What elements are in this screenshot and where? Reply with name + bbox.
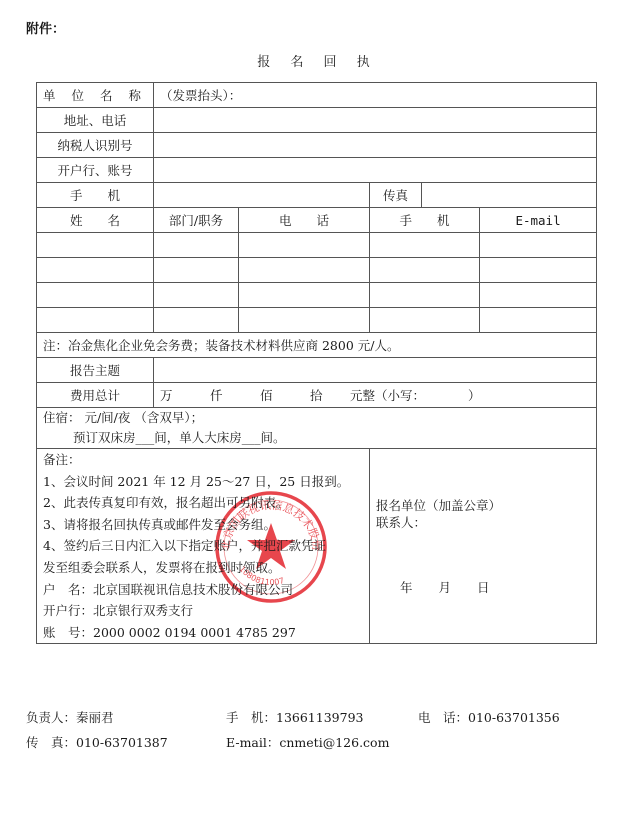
remark-item: 2、此表传真复印有效，报名超出可另附表。 — [43, 492, 363, 514]
attendee-mobile[interactable] — [370, 283, 480, 308]
fee-unit-shi: 拾 — [310, 386, 350, 404]
date-day: 日 — [477, 579, 490, 596]
col-mobile: 手 机 — [370, 208, 480, 233]
remarks-title: 备注： — [43, 449, 363, 471]
taxpayer-id-label: 纳税人识别号 — [37, 133, 154, 158]
remark-item: 发至组委会联系人，发票将在报到时领取。 — [43, 557, 363, 579]
attendee-row — [37, 283, 597, 308]
attendee-row — [37, 308, 597, 333]
bank-account-label: 开户行、账号 — [37, 158, 154, 183]
remark-item: 3、请将报名回执传真或邮件发至会务组。 — [43, 514, 363, 536]
bank-name: 开户行：北京银行双秀支行 — [43, 600, 363, 622]
date-year: 年 — [400, 579, 413, 596]
attendee-phone[interactable] — [239, 308, 370, 333]
attendee-department[interactable] — [154, 283, 239, 308]
contact-phone: 电 话：010-63701356 — [418, 708, 560, 726]
report-topic-label: 报告主题 — [37, 358, 154, 383]
fee-unit-qian: 仟 — [210, 386, 260, 404]
contact-fax: 传 真：010-63701387 — [26, 733, 168, 751]
attendee-department[interactable] — [154, 233, 239, 258]
bank-account-field[interactable] — [154, 158, 597, 183]
attendee-email[interactable] — [480, 308, 597, 333]
fee-unit-wan: 万 — [160, 386, 210, 404]
attendee-row — [37, 258, 597, 283]
page-title: 报 名 回 执 — [0, 51, 635, 70]
attendee-name[interactable] — [37, 283, 154, 308]
attendee-department[interactable] — [154, 308, 239, 333]
attachment-label: 附件： — [26, 18, 65, 37]
contact-email[interactable]: E-mail：cnmeti@126.com — [226, 733, 389, 751]
attendee-mobile[interactable] — [370, 308, 480, 333]
attendee-email[interactable] — [480, 258, 597, 283]
lodging-section[interactable]: 住宿： 元/间/夜 （含双早）； 预订双床房___间，单人大床房___间。 — [37, 408, 597, 449]
attendee-name[interactable] — [37, 233, 154, 258]
attendee-phone[interactable] — [239, 283, 370, 308]
mobile-label: 手 机 — [37, 183, 154, 208]
company-name-label: 单 位 名 称 — [37, 83, 154, 108]
signature-section[interactable]: 报名单位（加盖公章） 联系人： 年月日 — [370, 449, 597, 644]
col-email: E-mail — [480, 208, 597, 233]
attendee-email[interactable] — [480, 283, 597, 308]
attendee-mobile[interactable] — [370, 233, 480, 258]
date-month: 月 — [439, 579, 452, 596]
attendee-phone[interactable] — [239, 258, 370, 283]
lodging-rooms: 预订双床房___间，单人大床房___间。 — [43, 428, 590, 448]
report-topic-field[interactable] — [154, 358, 597, 383]
attendee-name[interactable] — [37, 258, 154, 283]
account-number: 账 号：2000 0002 0194 0001 4785 297 — [43, 622, 363, 644]
attendee-phone[interactable] — [239, 233, 370, 258]
signature-date: 年月日 — [376, 579, 590, 596]
remarks-section: 北京国联视讯信息技术股份有限公司 1080811007 备注： 1、会议时间 2… — [37, 449, 370, 644]
remark-item: 1、会议时间 2021 年 12 月 25～27 日，25 日报到。 — [43, 471, 363, 493]
fee-unit-bai: 佰 — [260, 386, 310, 404]
address-phone-label: 地址、电话 — [37, 108, 154, 133]
contact-mobile: 手 机：13661139793 — [226, 708, 363, 726]
fee-note: 注：冶金焦化企业免会务费；装备技术材料供应商 2800 元/人。 — [37, 333, 597, 358]
col-phone: 电 话 — [239, 208, 370, 233]
lodging-price: 住宿： 元/间/夜 （含双早）； — [43, 408, 590, 428]
col-name: 姓 名 — [37, 208, 154, 233]
fee-unit-yuan: 元整（小写： — [350, 386, 468, 404]
company-name-field[interactable]: （发票抬头）： — [154, 83, 597, 108]
account-name: 户 名：北京国联视讯信息技术股份有限公司 — [43, 579, 363, 601]
fee-unit-close: ） — [468, 386, 481, 404]
fax-field[interactable] — [422, 183, 597, 208]
mobile-field[interactable] — [154, 183, 370, 208]
attendee-name[interactable] — [37, 308, 154, 333]
unit-seal-label: 报名单位（加盖公章） — [376, 497, 590, 514]
remark-item: 4、签约后三日内汇入以下指定账户，并把汇款凭证 — [43, 535, 363, 557]
total-fee-label: 费用总计 — [37, 383, 154, 408]
registration-form: 单 位 名 称 （发票抬头）： 地址、电话 纳税人识别号 开户行、账号 手 机 … — [36, 82, 597, 644]
attendee-mobile[interactable] — [370, 258, 480, 283]
attendee-email[interactable] — [480, 233, 597, 258]
contact-person: 负责人：秦丽君 — [26, 708, 114, 726]
total-fee-field[interactable]: 万仟佰拾元整（小写：） — [154, 383, 597, 408]
fax-label: 传真 — [370, 183, 422, 208]
attendee-department[interactable] — [154, 258, 239, 283]
taxpayer-id-field[interactable] — [154, 133, 597, 158]
company-name-hint: （发票抬头）： — [160, 88, 241, 103]
attendee-row — [37, 233, 597, 258]
address-phone-field[interactable] — [154, 108, 597, 133]
contact-label: 联系人： — [376, 514, 590, 531]
col-department: 部门/职务 — [154, 208, 239, 233]
attendee-header-row: 姓 名 部门/职务 电 话 手 机 E-mail — [37, 208, 597, 233]
